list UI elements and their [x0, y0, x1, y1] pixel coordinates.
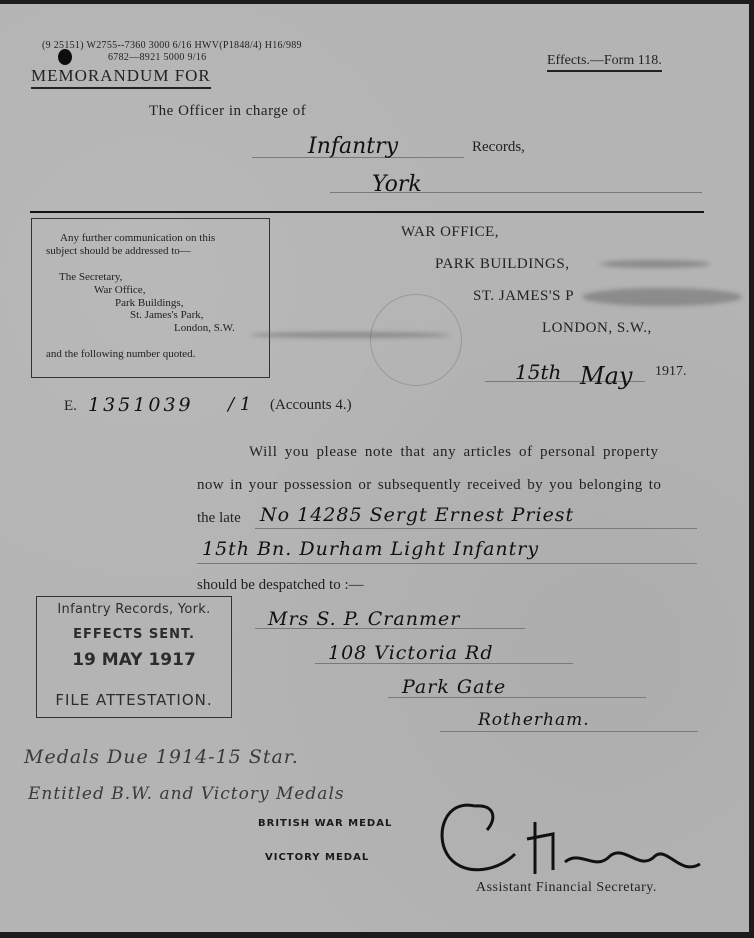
info-london: London, S.W. [174, 321, 235, 336]
memo-title: MEMORANDUM FOR [31, 66, 211, 89]
ink-blot [58, 49, 72, 65]
sender-park-buildings: PARK BUILDINGS, [435, 256, 569, 273]
signature-scrawl [435, 794, 715, 884]
reference-suffix-handwritten: / 1 [228, 394, 251, 415]
soldier-fill-line [255, 528, 697, 529]
sender-london: LONDON, S.W., [542, 320, 652, 337]
body-line2: now in your possession or subsequently r… [197, 477, 661, 494]
date-day-handwritten: 15th [515, 360, 561, 384]
records-label: Records, [472, 139, 525, 156]
effects-sent-stamp: Infantry Records, York. EFFECTS SENT. 19… [36, 596, 232, 718]
records-handwritten: Infantry [308, 134, 398, 159]
memorandum-document: (9 25151) W2755--7360 3000 6/16 HWV(P184… [0, 4, 749, 932]
date-month-handwritten: May [580, 362, 632, 390]
soldier-handwritten: No 14285 Sergt Ernest Priest [260, 504, 574, 526]
stamp-line4: FILE ATTESTATION. [37, 691, 231, 709]
the-late-label: the late [197, 510, 241, 527]
recipient-fill-line-4 [440, 731, 698, 732]
smudge [582, 288, 742, 306]
stamp-line1: Infantry Records, York. [37, 602, 231, 617]
recipient-town: Rotherham. [478, 710, 590, 730]
reference-accounts: (Accounts 4.) [270, 397, 352, 414]
reference-number-handwritten: 1351039 [88, 394, 194, 416]
sender-war-office: WAR OFFICE, [401, 224, 499, 241]
recipient-district: Park Gate [402, 676, 506, 698]
reference-prefix: E. [64, 398, 77, 415]
pencil-note-entitled: Entitled B.W. and Victory Medals [28, 784, 345, 804]
date-year: 1917. [655, 364, 687, 380]
info-footer: and the following number quoted. [46, 347, 195, 362]
british-war-medal-stamp: BRITISH WAR MEDAL [258, 818, 392, 829]
print-code-line1: (9 25151) W2755--7360 3000 6/16 HWV(P184… [42, 40, 302, 52]
unit-fill-line [197, 563, 697, 564]
info-line2: subject should be addressed to— [46, 244, 191, 259]
stamp-line2: EFFECTS SENT. [37, 627, 231, 642]
signatory-title: Assistant Financial Secretary. [476, 880, 657, 896]
victory-medal-stamp: VICTORY MEDAL [265, 852, 369, 863]
recipient-street: 108 Victoria Rd [328, 642, 493, 664]
body-line1: Will you please note that any articles o… [249, 444, 659, 461]
stamp-date: 19 MAY 1917 [37, 650, 231, 670]
form-label: Effects.—Form 118. [547, 53, 662, 72]
sender-st-james: ST. JAMES'S P [473, 288, 574, 305]
addressee-line: The Officer in charge of [149, 103, 306, 120]
print-code-line2: 6782—8921 5000 9/16 [108, 52, 206, 64]
unit-handwritten: 15th Bn. Durham Light Infantry [202, 538, 539, 560]
pencil-note-medals-due: Medals Due 1914-15 Star. [24, 746, 299, 768]
despatched-to-label: should be despatched to :— [197, 577, 364, 594]
recipient-name: Mrs S. P. Cranmer [268, 608, 460, 630]
section-divider [30, 211, 704, 213]
faded-postmark [370, 294, 462, 386]
smudge [600, 260, 710, 268]
location-handwritten: York [372, 172, 422, 197]
info-box: Any further communication on this subjec… [31, 218, 270, 378]
